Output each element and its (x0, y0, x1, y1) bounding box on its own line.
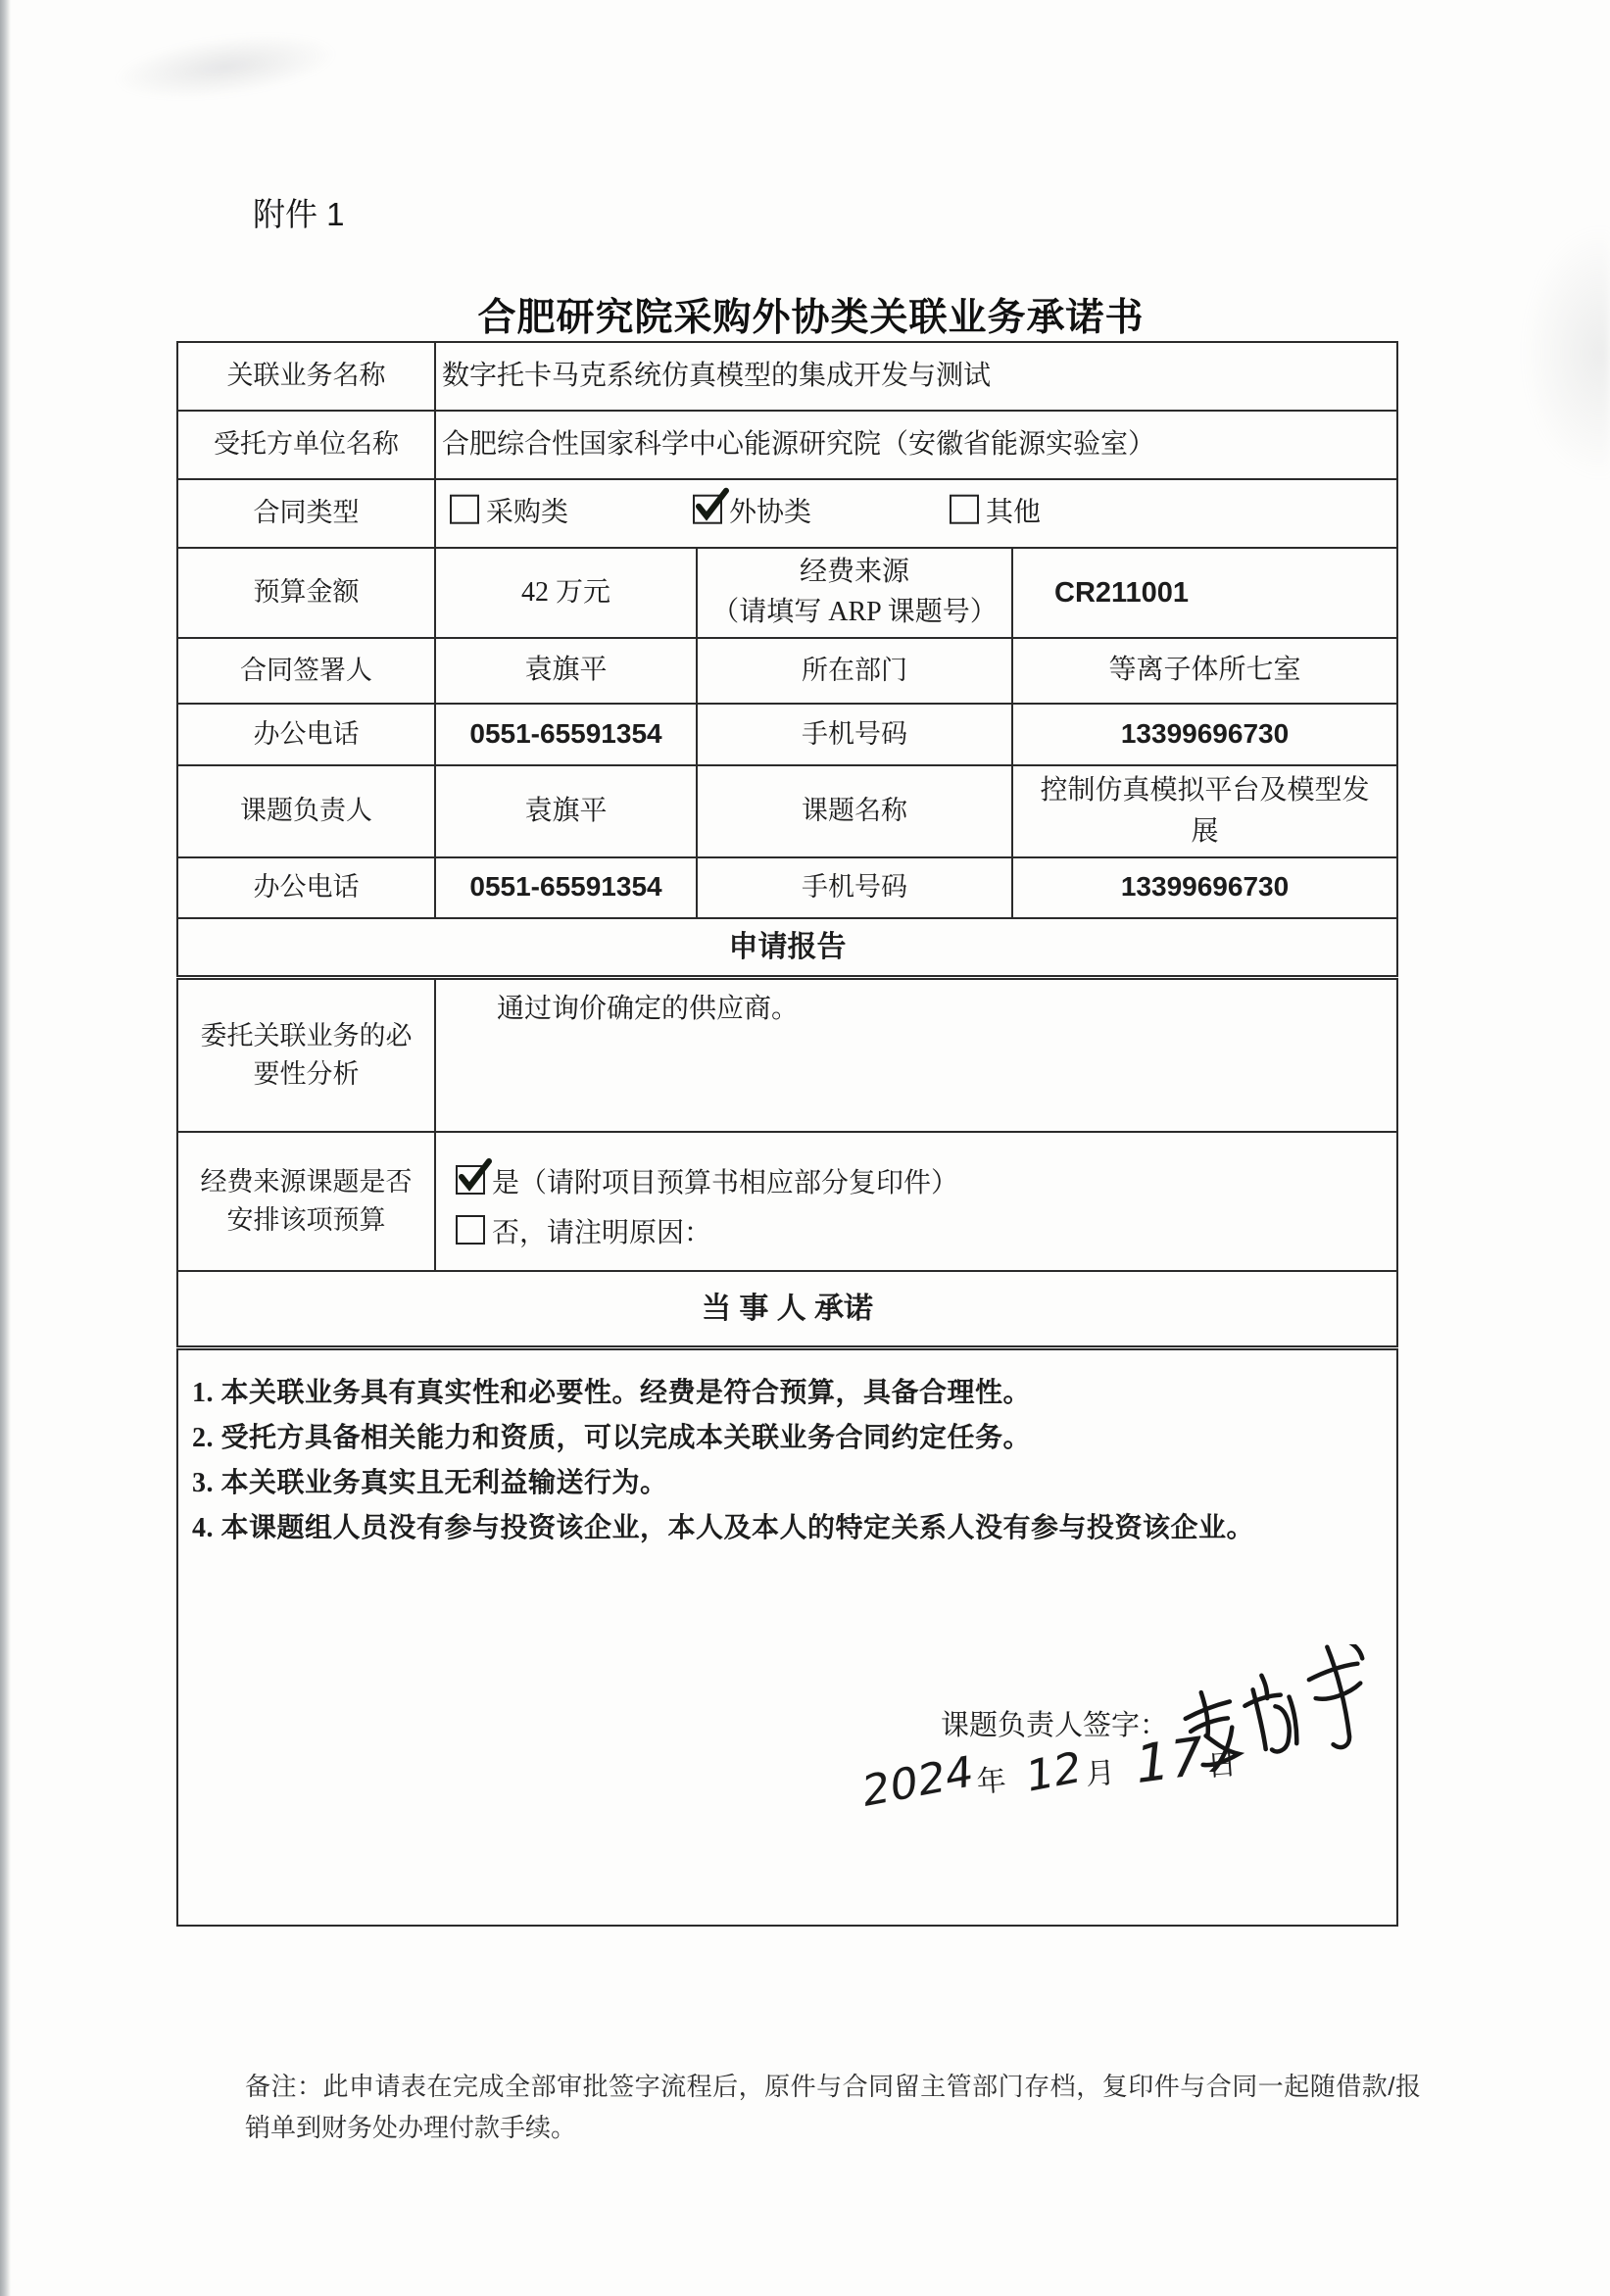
handwritten-day: 17 (1131, 1717, 1207, 1804)
mobile-2-label: 手机号码 (697, 857, 1012, 918)
budget-value: 42 万元 (435, 548, 697, 638)
budget-check-no-box (456, 1215, 485, 1245)
checkbox-purchase-label: 采购类 (486, 498, 568, 528)
month-unit: 月 (1084, 1751, 1116, 1795)
contract-type-options: 采购类 外协类 其他 (435, 479, 1397, 548)
row-leader: 课题负责人 袁旗平 课题名称 控制仿真模拟平台及模型发展 (177, 765, 1397, 857)
handwritten-month: 12 (1026, 1735, 1083, 1808)
row-contract-type: 合同类型 采购类 外协类 其他 (177, 479, 1397, 548)
promise-item-1: 1. 本关联业务具有真实性和必要性。经费是符合预算，具备合理性。 (192, 1374, 1373, 1414)
budget-check-label-line2: 安排该项预算 (184, 1201, 428, 1240)
funding-source-label-line1: 经费来源 (704, 553, 1005, 593)
handwritten-year: 2024 (862, 1740, 974, 1824)
row-necessity: 委托关联业务的必 要性分析 通过询价确定的供应商。 (177, 977, 1397, 1132)
necessity-label-line1: 委托关联业务的必 (184, 1017, 428, 1055)
day-unit: 日 (1205, 1743, 1238, 1787)
budget-check-label: 经费来源课题是否 安排该项预算 (177, 1132, 435, 1271)
promise-item-2: 2. 受托方具备相关能力和资质，可以完成本关联业务合同约定任务。 (192, 1419, 1373, 1459)
checkbox-purchase-box (450, 495, 479, 524)
check-mark-icon (693, 487, 732, 526)
department-value: 等离子体所七室 (1012, 638, 1397, 704)
checkbox-other: 其他 (950, 494, 1041, 534)
funding-source-value: CR211001 (1012, 548, 1397, 638)
trustee-unit-value: 合肥综合性国家科学中心能源研究院（安徽省能源实验室） (435, 411, 1397, 479)
row-office-phone-1: 办公电话 0551-65591354 手机号码 13399696730 (177, 704, 1397, 765)
project-name-value: 控制仿真模拟平台及模型发展 (1012, 765, 1397, 857)
checkbox-purchase: 采购类 (450, 494, 568, 534)
promise-item-4: 4. 本课题组人员没有参与投资该企业，本人及本人的特定关系人没有参与投资该企业。 (192, 1509, 1373, 1549)
scan-smudge (110, 24, 341, 110)
row-promises: 1. 本关联业务具有真实性和必要性。经费是符合预算，具备合理性。 2. 受托方具… (177, 1347, 1397, 1926)
checkbox-other-label: 其他 (986, 498, 1041, 528)
necessity-label: 委托关联业务的必 要性分析 (177, 977, 435, 1132)
funding-source-label: 经费来源 （请填写 ARP 课题号） (697, 548, 1012, 638)
funding-source-label-line2: （请填写 ARP 课题号） (704, 593, 1005, 633)
row-budget-check: 经费来源课题是否 安排该项预算 是（请附项目预算书相应部分复印件） 否，请注明原… (177, 1132, 1397, 1271)
signer-value: 袁旗平 (435, 638, 697, 704)
leader-value: 袁旗平 (435, 765, 697, 857)
document-title: 合肥研究院采购外协类关联业务承诺书 (201, 287, 1421, 342)
business-name-label: 关联业务名称 (177, 342, 435, 411)
scan-wisp (1522, 225, 1610, 480)
office-phone-1-label: 办公电话 (177, 704, 435, 765)
budget-label: 预算金额 (177, 548, 435, 638)
mobile-1-label: 手机号码 (697, 704, 1012, 765)
budget-check-yes-label: 是（请附项目预算书相应部分复印件） (492, 1168, 958, 1198)
budget-check-no-label: 否，请注明原因： (492, 1218, 711, 1248)
year-unit: 年 (975, 1759, 1007, 1803)
promises-cell: 1. 本关联业务具有真实性和必要性。经费是符合预算，具备合理性。 2. 受托方具… (177, 1347, 1397, 1926)
contract-type-label: 合同类型 (177, 479, 435, 548)
row-office-phone-2: 办公电话 0551-65591354 手机号码 13399696730 (177, 857, 1397, 918)
application-report-header: 申请报告 (177, 918, 1397, 977)
budget-check-options: 是（请附项目预算书相应部分复印件） 否，请注明原因： (435, 1132, 1397, 1271)
check-mark-icon (456, 1157, 495, 1197)
row-budget: 预算金额 42 万元 经费来源 （请填写 ARP 课题号） CR211001 (177, 548, 1397, 638)
department-label: 所在部门 (697, 638, 1012, 704)
budget-check-label-line1: 经费来源课题是否 (184, 1163, 428, 1201)
form-table: 关联业务名称 数字托卡马克系统仿真模型的集成开发与测试 受托方单位名称 合肥综合… (176, 341, 1398, 1927)
mobile-2-value: 13399696730 (1121, 871, 1289, 902)
budget-check-no: 否，请注明原因： (456, 1215, 1390, 1247)
row-business-name: 关联业务名称 数字托卡马克系统仿真模型的集成开发与测试 (177, 342, 1397, 411)
checkbox-other-box (950, 495, 979, 524)
row-signer: 合同签署人 袁旗平 所在部门 等离子体所七室 (177, 638, 1397, 704)
party-promise-header: 当 事 人 承诺 (177, 1271, 1397, 1347)
checkbox-outsourcing: 外协类 (693, 494, 811, 534)
footer-note: 备注：此申请表在完成全部审批签字流程后，原件与合同留主管部门存档，复印件与合同一… (245, 2066, 1421, 2148)
office-phone-2-value: 0551-65591354 (469, 871, 661, 902)
signer-label: 合同签署人 (177, 638, 435, 704)
necessity-label-line2: 要性分析 (184, 1055, 428, 1094)
scanner-edge-shadow (0, 0, 11, 2296)
budget-check-yes: 是（请附项目预算书相应部分复印件） (456, 1165, 1390, 1197)
attachment-label: 附件 1 (253, 189, 345, 235)
trustee-unit-label: 受托方单位名称 (177, 411, 435, 479)
arp-number: CR211001 (1054, 577, 1189, 609)
checkbox-outsourcing-box (693, 495, 722, 524)
mobile-1-value: 13399696730 (1121, 718, 1289, 749)
signature-date: 2024年 12月 17日 (860, 1717, 1252, 1821)
row-report-header: 申请报告 (177, 918, 1397, 977)
business-name-value: 数字托卡马克系统仿真模型的集成开发与测试 (435, 342, 1397, 411)
office-phone-2-label: 办公电话 (177, 857, 435, 918)
office-phone-1-value: 0551-65591354 (469, 718, 661, 749)
leader-label: 课题负责人 (177, 765, 435, 857)
scanned-document-page: 附件 1 合肥研究院采购外协类关联业务承诺书 关联业务名称 数字托卡马克系统仿真… (0, 0, 1610, 2296)
checkbox-outsourcing-label: 外协类 (729, 498, 811, 528)
promise-item-3: 3. 本关联业务真实且无利益输送行为。 (192, 1464, 1373, 1504)
budget-check-yes-box (456, 1165, 485, 1195)
row-trustee-unit: 受托方单位名称 合肥综合性国家科学中心能源研究院（安徽省能源实验室） (177, 411, 1397, 479)
project-name-label: 课题名称 (697, 765, 1012, 857)
necessity-value: 通过询价确定的供应商。 (435, 977, 1397, 1132)
row-promise-header: 当 事 人 承诺 (177, 1271, 1397, 1347)
